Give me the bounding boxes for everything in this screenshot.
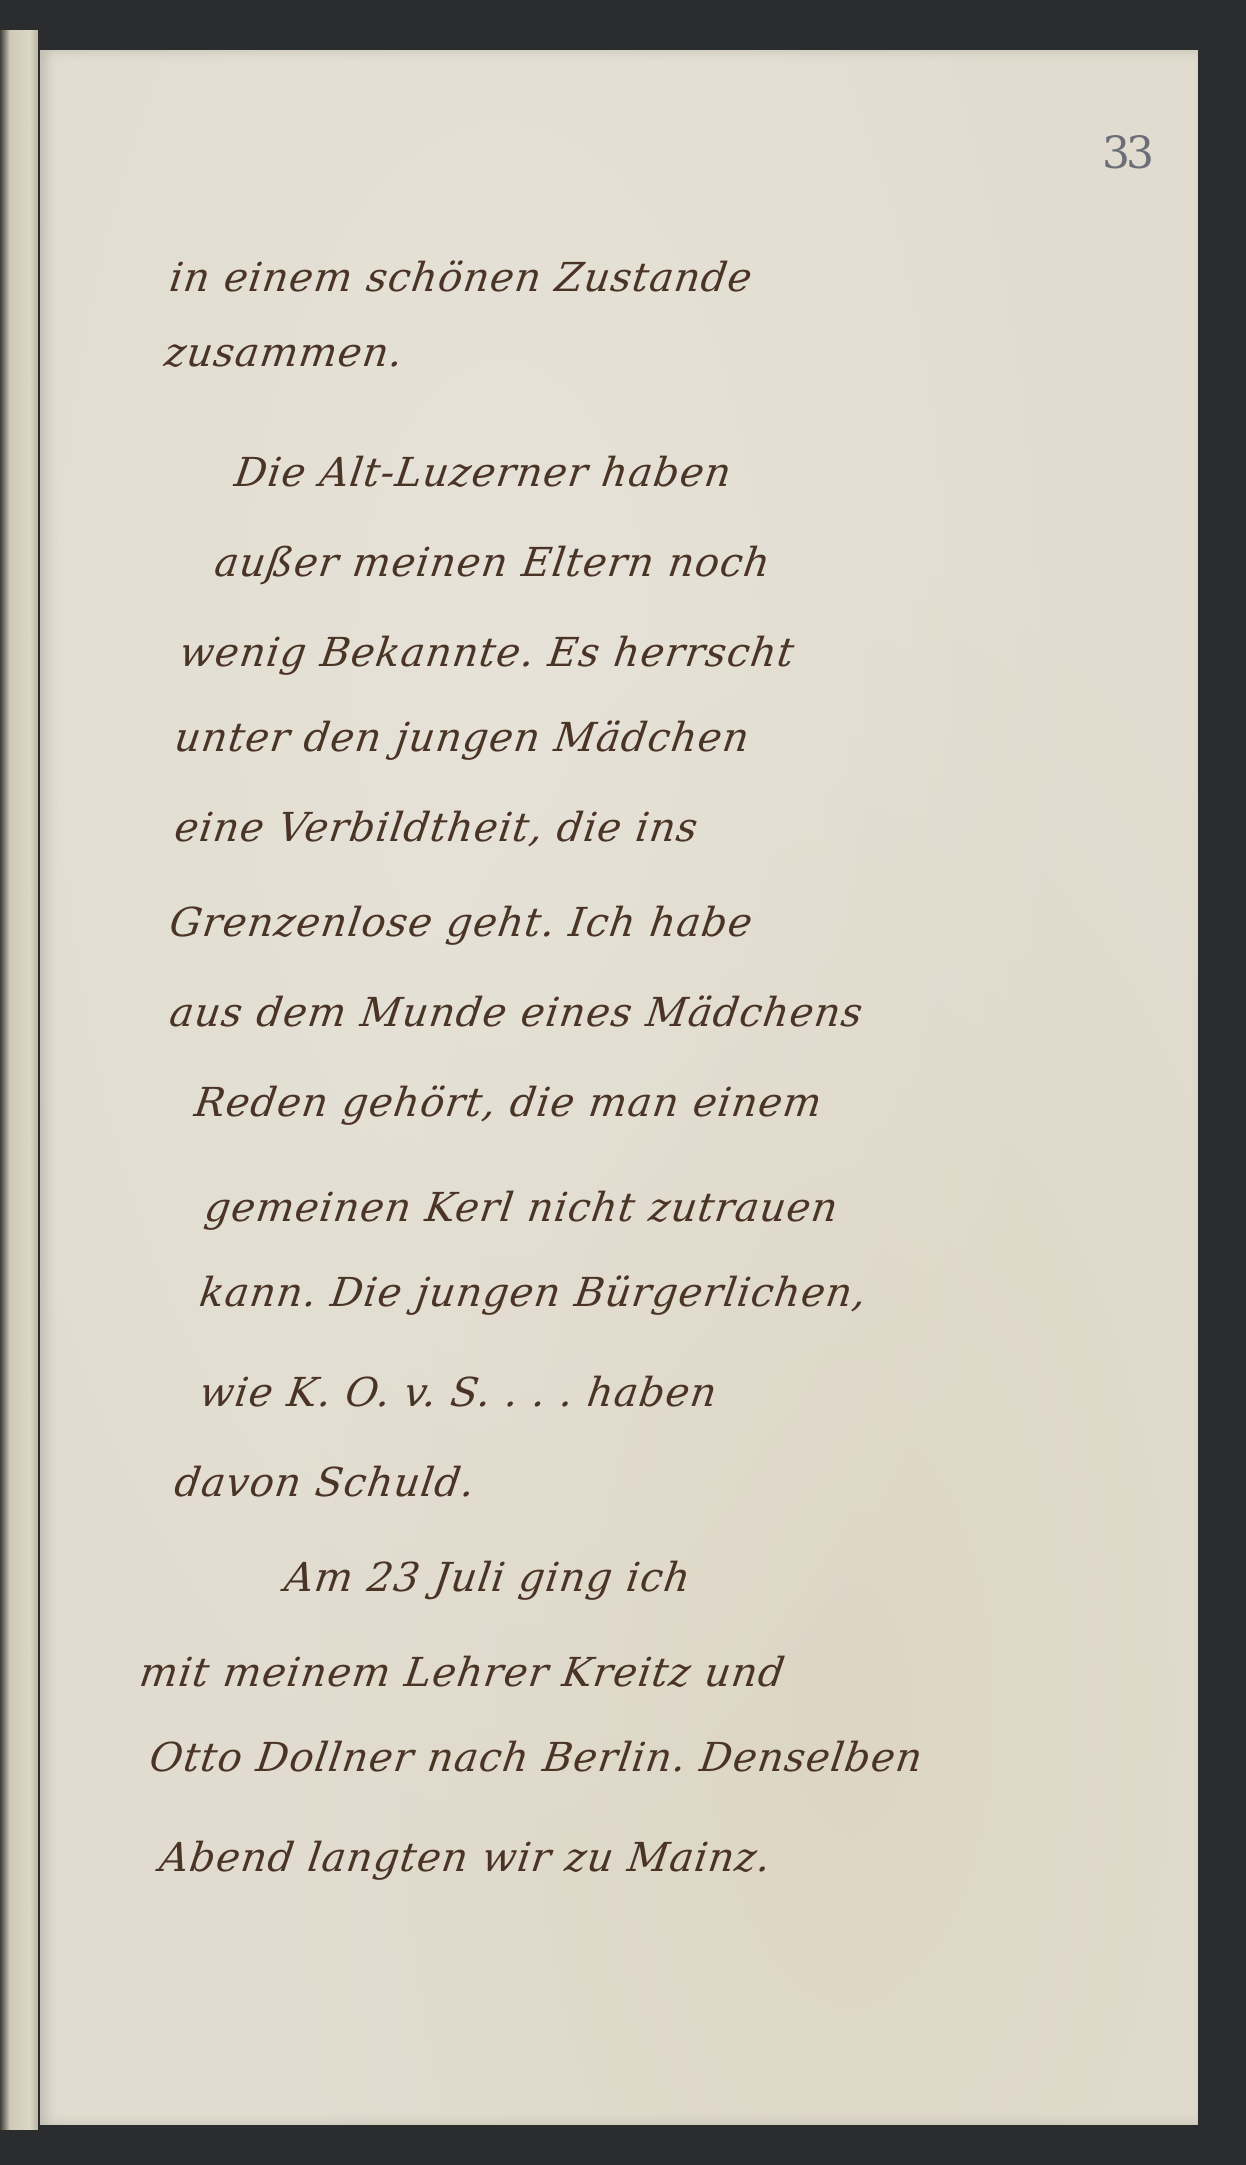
- manuscript-line: in einem schönen Zustande: [167, 255, 756, 301]
- folio-number: 33: [1102, 128, 1150, 179]
- manuscript-line: Am 23 Juli ging ich: [282, 1555, 694, 1601]
- manuscript-line: gemeinen Kerl nicht zutrauen: [202, 1185, 842, 1231]
- manuscript-line: aus dem Munde eines Mädchens: [167, 990, 866, 1036]
- manuscript-line: davon Schuld.: [172, 1460, 479, 1506]
- manuscript-line: wie K. O. v. S. . . . haben: [197, 1370, 721, 1416]
- manuscript-line: außer meinen Eltern noch: [212, 540, 774, 586]
- manuscript-line: eine Verbildtheit, die ins: [172, 805, 702, 851]
- manuscript-line: unter den jungen Mädchen: [172, 715, 753, 761]
- manuscript-line: zusammen.: [162, 330, 407, 376]
- manuscript-line: kann. Die jungen Bürgerlichen,: [197, 1270, 870, 1316]
- adjacent-page-edge: [0, 30, 38, 2130]
- manuscript-line: Die Alt-Luzerner haben: [232, 450, 735, 496]
- manuscript-line: Abend langten wir zu Mainz.: [157, 1835, 775, 1881]
- manuscript-line: Grenzenlose geht. Ich habe: [167, 900, 756, 946]
- manuscript-line: wenig Bekannte. Es herrscht: [177, 630, 798, 676]
- manuscript-line: Otto Dollner nach Berlin. Denselben: [147, 1735, 926, 1781]
- manuscript-line: mit meinem Lehrer Kreitz und: [137, 1650, 789, 1696]
- manuscript-line: Reden gehört, die man einem: [192, 1080, 826, 1126]
